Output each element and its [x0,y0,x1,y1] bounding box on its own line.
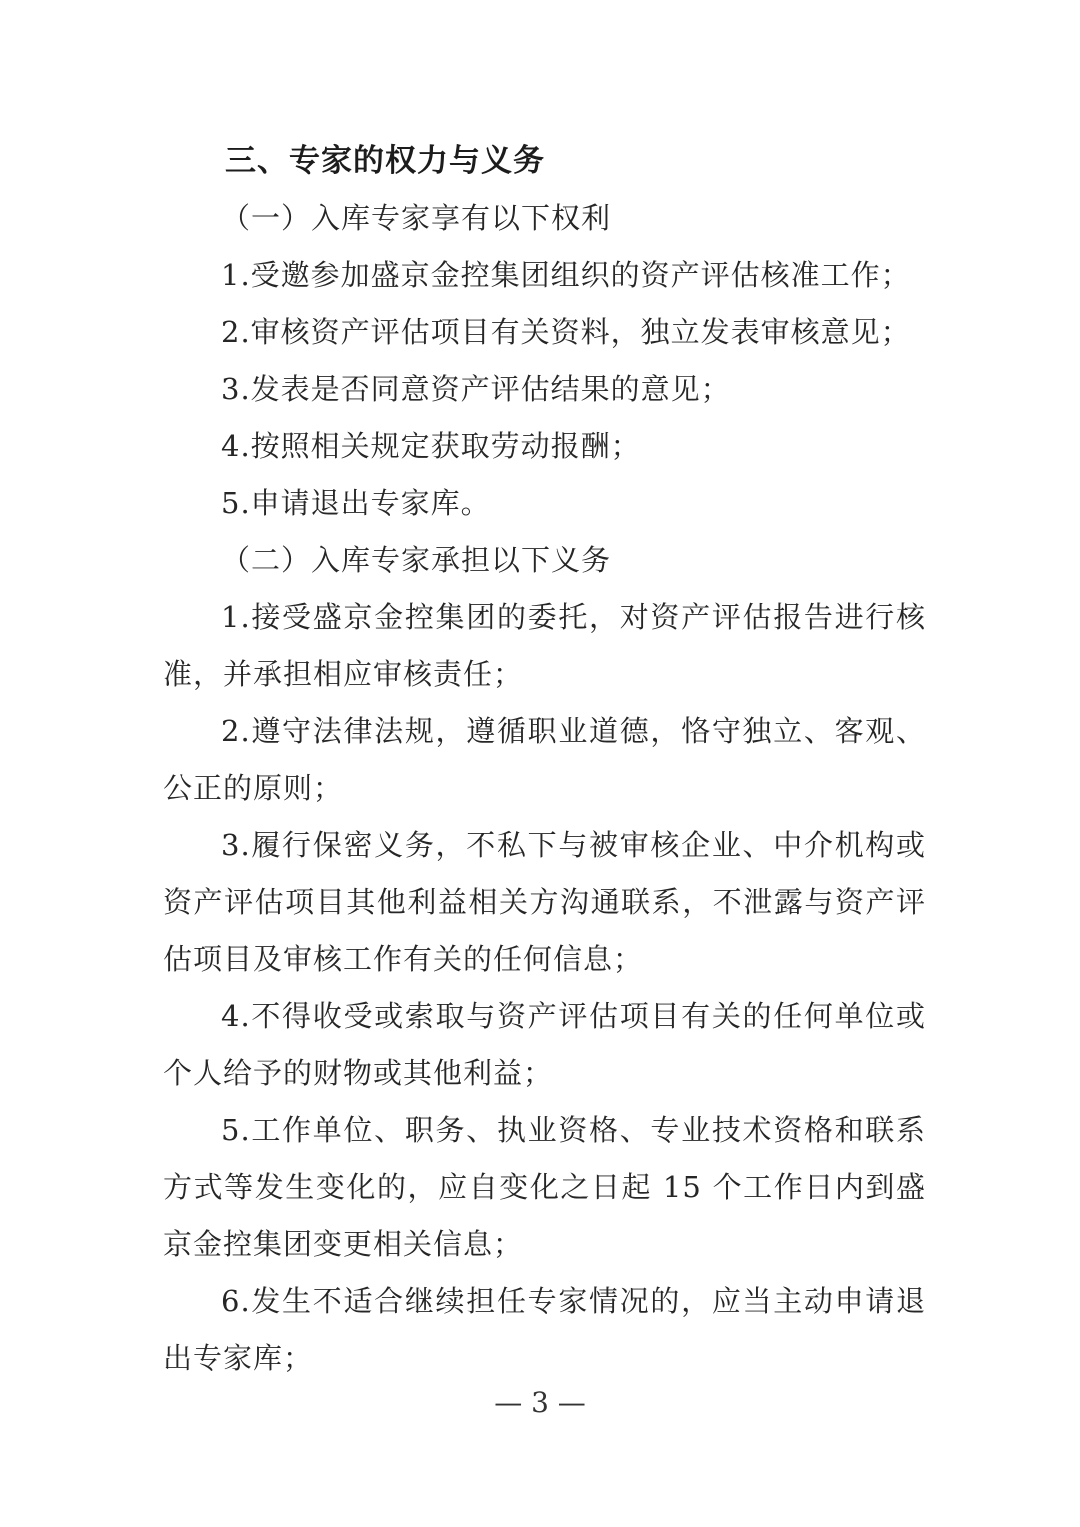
paragraph-obligation-5: 5.工作单位、职务、执业资格、专业技术资格和联系方式等发生变化的，应自变化之日起… [163,1102,926,1273]
page-number: — 3 — [0,1383,1080,1423]
document-page: 三、专家的权力与义务 （一）入库专家享有以下权利 1.受邀参加盛京金控集团组织的… [0,0,1080,1527]
paragraph-right-2: 2.审核资产评估项目有关资料，独立发表审核意见； [163,304,926,361]
paragraph-obligation-3: 3.履行保密义务，不私下与被审核企业、中介机构或资产评估项目其他利益相关方沟通联… [163,817,926,988]
paragraph-right-1: 1.受邀参加盛京金控集团组织的资产评估核准工作； [163,247,926,304]
paragraph-obligation-4: 4.不得收受或索取与资产评估项目有关的任何单位或个人给予的财物或其他利益； [163,988,926,1102]
paragraph-obligation-6: 6.发生不适合继续担任专家情况的，应当主动申请退出专家库； [163,1273,926,1387]
paragraph-right-3: 3.发表是否同意资产评估结果的意见； [163,361,926,418]
paragraph-right-4: 4.按照相关规定获取劳动报酬； [163,418,926,475]
section-heading: 三、专家的权力与义务 [163,133,926,190]
paragraph-subheading-rights: （一）入库专家享有以下权利 [163,190,926,247]
paragraph-subheading-obligations: （二）入库专家承担以下义务 [163,532,926,589]
paragraph-obligation-2: 2.遵守法律法规，遵循职业道德，恪守独立、客观、公正的原则； [163,703,926,817]
paragraph-right-5: 5.申请退出专家库。 [163,475,926,532]
document-content: 三、专家的权力与义务 （一）入库专家享有以下权利 1.受邀参加盛京金控集团组织的… [163,133,926,1387]
paragraph-obligation-1: 1.接受盛京金控集团的委托，对资产评估报告进行核准，并承担相应审核责任； [163,589,926,703]
